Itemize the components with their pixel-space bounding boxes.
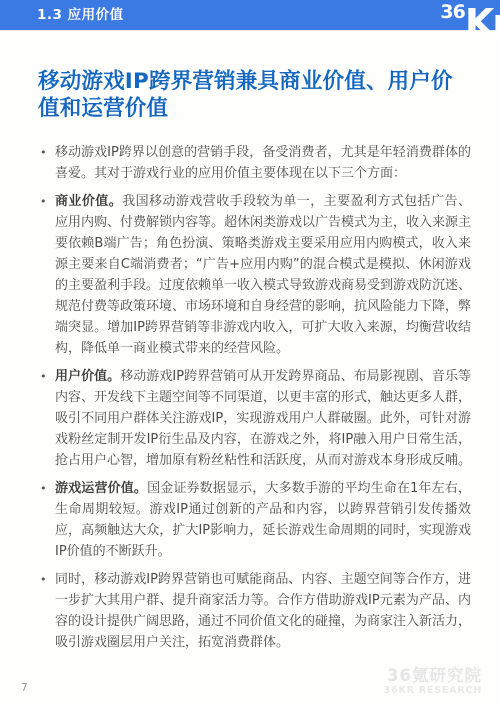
bullet-icon: • [38,142,55,184]
36kr-logo: 36 Kr [440,0,500,42]
bullet-text: 游戏运营价值。国金证券数据显示，大多数手游的平均生命在1年左右，生命周期较短。游… [55,478,471,562]
bullet-lead: 用户价值。 [55,369,120,384]
bullet-body: 我国移动游戏营收手段较为单一，主要盈利方式包括广告、应用内购、付费解锁内容等。超… [55,194,471,356]
bullet-lead: 游戏运营价值。 [55,481,147,496]
bullet-icon: • [38,478,55,562]
36kr-logo-kr: Kr [465,4,500,42]
bullet-lead: 商业价值。 [55,194,122,209]
watermark-english: 36KR RESEARCH [384,685,482,697]
bullet-icon: • [38,191,55,359]
page-content: 移动游戏IP跨界营销兼具商业价值、用户价值和运营价值 • 移动游戏IP跨界以创意… [38,68,471,660]
bullet-body: 移动游戏IP跨界以创意的营销手段，备受消费者，尤其是年轻消费群体的喜爱。其对于游… [55,145,471,181]
list-item: • 移动游戏IP跨界以创意的营销手段，备受消费者，尤其是年轻消费群体的喜爱。其对… [38,142,471,184]
page-number: 7 [21,682,28,694]
bullet-text: 同时，移动游戏IP跨界营销也可赋能商品、内容、主题空间等合作方，进一步扩大其用户… [55,569,471,653]
watermark-chinese: 36氪研究院 [384,667,482,685]
bullet-body: 同时，移动游戏IP跨界营销也可赋能商品、内容、主题空间等合作方，进一步扩大其用户… [55,572,471,650]
bullet-text: 用户价值。移动游戏IP跨界营销可从开发跨界商品、布局影视剧、音乐等内容、开发线下… [55,366,471,471]
list-item: • 商业价值。我国移动游戏营收手段较为单一，主要盈利方式包括广告、应用内购、付费… [38,191,471,359]
bullet-icon: • [38,366,55,471]
page-title: 移动游戏IP跨界营销兼具商业价值、用户价值和运营价值 [38,68,471,122]
header-bar: 1.3 应用价值 [0,0,500,31]
list-item: • 同时，移动游戏IP跨界营销也可赋能商品、内容、主题空间等合作方，进一步扩大其… [38,569,471,653]
list-item: • 游戏运营价值。国金证券数据显示，大多数手游的平均生命在1年左右，生命周期较短… [38,478,471,562]
report-page: { "header": { "section_label": "1.3 应用价值… [0,0,500,707]
research-watermark: 36氪研究院 36KR RESEARCH [384,667,482,697]
section-label: 1.3 应用价值 [37,0,124,31]
bullet-icon: • [38,569,55,653]
36kr-logo-number: 36 [440,3,464,22]
bullet-text: 移动游戏IP跨界以创意的营销手段，备受消费者，尤其是年轻消费群体的喜爱。其对于游… [55,142,471,184]
list-item: • 用户价值。移动游戏IP跨界营销可从开发跨界商品、布局影视剧、音乐等内容、开发… [38,366,471,471]
bullet-list: • 移动游戏IP跨界以创意的营销手段，备受消费者，尤其是年轻消费群体的喜爱。其对… [38,142,471,653]
bullet-text: 商业价值。我国移动游戏营收手段较为单一，主要盈利方式包括广告、应用内购、付费解锁… [55,191,471,359]
